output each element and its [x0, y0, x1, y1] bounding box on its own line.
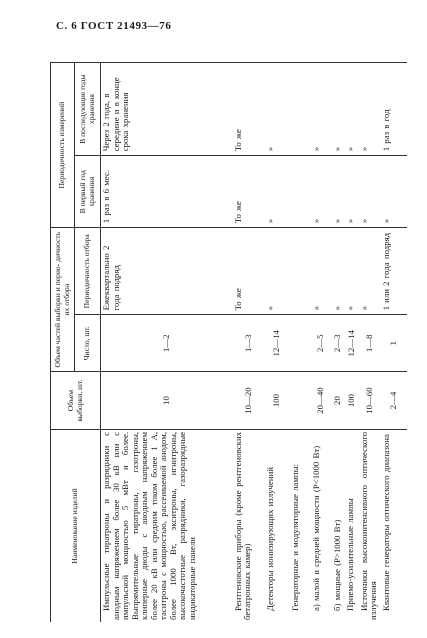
first-year-cell: [290, 156, 311, 228]
products-storage-table: Наименование изделий Объем выборки, шт. …: [50, 62, 407, 622]
selection-cell: »: [345, 228, 359, 315]
count-cell: [290, 315, 311, 372]
header-count: Число, шт.: [75, 315, 101, 372]
header-name: Наименование изделий: [51, 429, 101, 622]
table-row: Приемо-усилительные лампы 100 12—14 » » …: [345, 63, 359, 623]
volume-cell: 100: [345, 372, 359, 430]
table-row: Детекторы ионизирующих излучений 100 12—…: [265, 63, 290, 623]
header-later-years: В последующие годы хранения: [75, 63, 101, 156]
later-years-cell: 1 раз в год: [381, 63, 407, 156]
count-cell: 2—5: [311, 315, 332, 372]
first-year-cell: »: [381, 156, 407, 228]
volume-cell: 10—20: [233, 372, 265, 430]
later-years-cell: Через 2 года, в середине и в конце срока…: [101, 63, 233, 156]
later-years-cell: [290, 63, 311, 156]
name-cell: Генераторные и модуляторные лампы:: [290, 429, 311, 622]
count-cell: 12—14: [345, 315, 359, 372]
selection-cell: »: [265, 228, 290, 315]
volume-cell: 10—60: [359, 372, 381, 430]
count-cell: 2—3: [332, 315, 345, 372]
first-year-cell: »: [265, 156, 290, 228]
selection-cell: 1 или 2 года подряд: [381, 228, 407, 315]
header-selection: Периодичность отбора: [75, 228, 101, 315]
table-header: Наименование изделий Объем выборки, шт. …: [51, 63, 101, 623]
header-first-year: В первый год хранения: [75, 156, 101, 228]
selection-cell: »: [359, 228, 381, 315]
header-measure-group: Периодичность измерений: [51, 63, 75, 228]
name-cell: Приемо-усилительные лампы: [345, 429, 359, 622]
count-cell: 1—8: [359, 315, 381, 372]
document-page: С. 6 ГОСТ 21493—76 Наименование изделий …: [0, 0, 427, 638]
later-years-cell: То же: [233, 63, 265, 156]
count-cell: 1—3: [233, 315, 265, 372]
later-years-cell: »: [332, 63, 345, 156]
selection-cell: [290, 228, 311, 315]
selection-cell: »: [311, 228, 332, 315]
volume-cell: 20—40: [311, 372, 332, 430]
table-row: Генераторные и модуляторные лампы:: [290, 63, 311, 623]
volume-cell: 100: [265, 372, 290, 430]
later-years-cell: »: [359, 63, 381, 156]
first-year-cell: »: [332, 156, 345, 228]
first-year-cell: »: [359, 156, 381, 228]
volume-cell: 2—4: [381, 372, 407, 430]
first-year-cell: То же: [233, 156, 265, 228]
volume-cell: 20: [332, 372, 345, 430]
name-cell: а) малой и средней мощности (Р<1000 Вт): [311, 429, 332, 622]
count-cell: 12—14: [265, 315, 290, 372]
volume-cell: [290, 372, 311, 430]
first-year-cell: »: [345, 156, 359, 228]
count-cell: 1: [381, 315, 407, 372]
name-cell: Детекторы ионизирующих излучений: [265, 429, 290, 622]
name-cell: Импульсные тиратроны и разрядники с анод…: [101, 429, 233, 622]
selection-cell: Ежеквартально 2 года подряд: [101, 228, 233, 315]
table-row: Источники высокоинтенсивного оптического…: [359, 63, 381, 623]
table-row: а) малой и средней мощности (Р<1000 Вт) …: [311, 63, 332, 623]
name-cell: б) мощные (Р>1000 Вт): [332, 429, 345, 622]
volume-cell: 10: [101, 372, 233, 430]
selection-cell: »: [332, 228, 345, 315]
header-volume: Объем выборки, шт.: [51, 372, 101, 430]
name-cell: Квантовые генераторы оптического диапазо…: [381, 429, 407, 622]
later-years-cell: »: [265, 63, 290, 156]
table-row: Рентгеновские приборы (кроме рентгеновск…: [233, 63, 265, 623]
name-cell: Рентгеновские приборы (кроме рентгеновск…: [233, 429, 265, 622]
page-header: С. 6 ГОСТ 21493—76: [56, 20, 171, 32]
name-cell: Источники высокоинтенсивного оптического…: [359, 429, 381, 622]
table-row: б) мощные (Р>1000 Вт) 20 2—3 » » »: [332, 63, 345, 623]
later-years-cell: »: [345, 63, 359, 156]
later-years-cell: »: [311, 63, 332, 156]
first-year-cell: 1 раз в 6 мес.: [101, 156, 233, 228]
selection-cell: То же: [233, 228, 265, 315]
table-row: Квантовые генераторы оптического диапазо…: [381, 63, 407, 623]
count-cell: 1—2: [101, 315, 233, 372]
header-parts-group: Объем частей выборки и перио- дичность и…: [51, 228, 75, 372]
rotated-table-container: Наименование изделий Объем выборки, шт. …: [50, 60, 422, 622]
table-row: Импульсные тиратроны и разрядники с анод…: [101, 63, 233, 623]
first-year-cell: »: [311, 156, 332, 228]
